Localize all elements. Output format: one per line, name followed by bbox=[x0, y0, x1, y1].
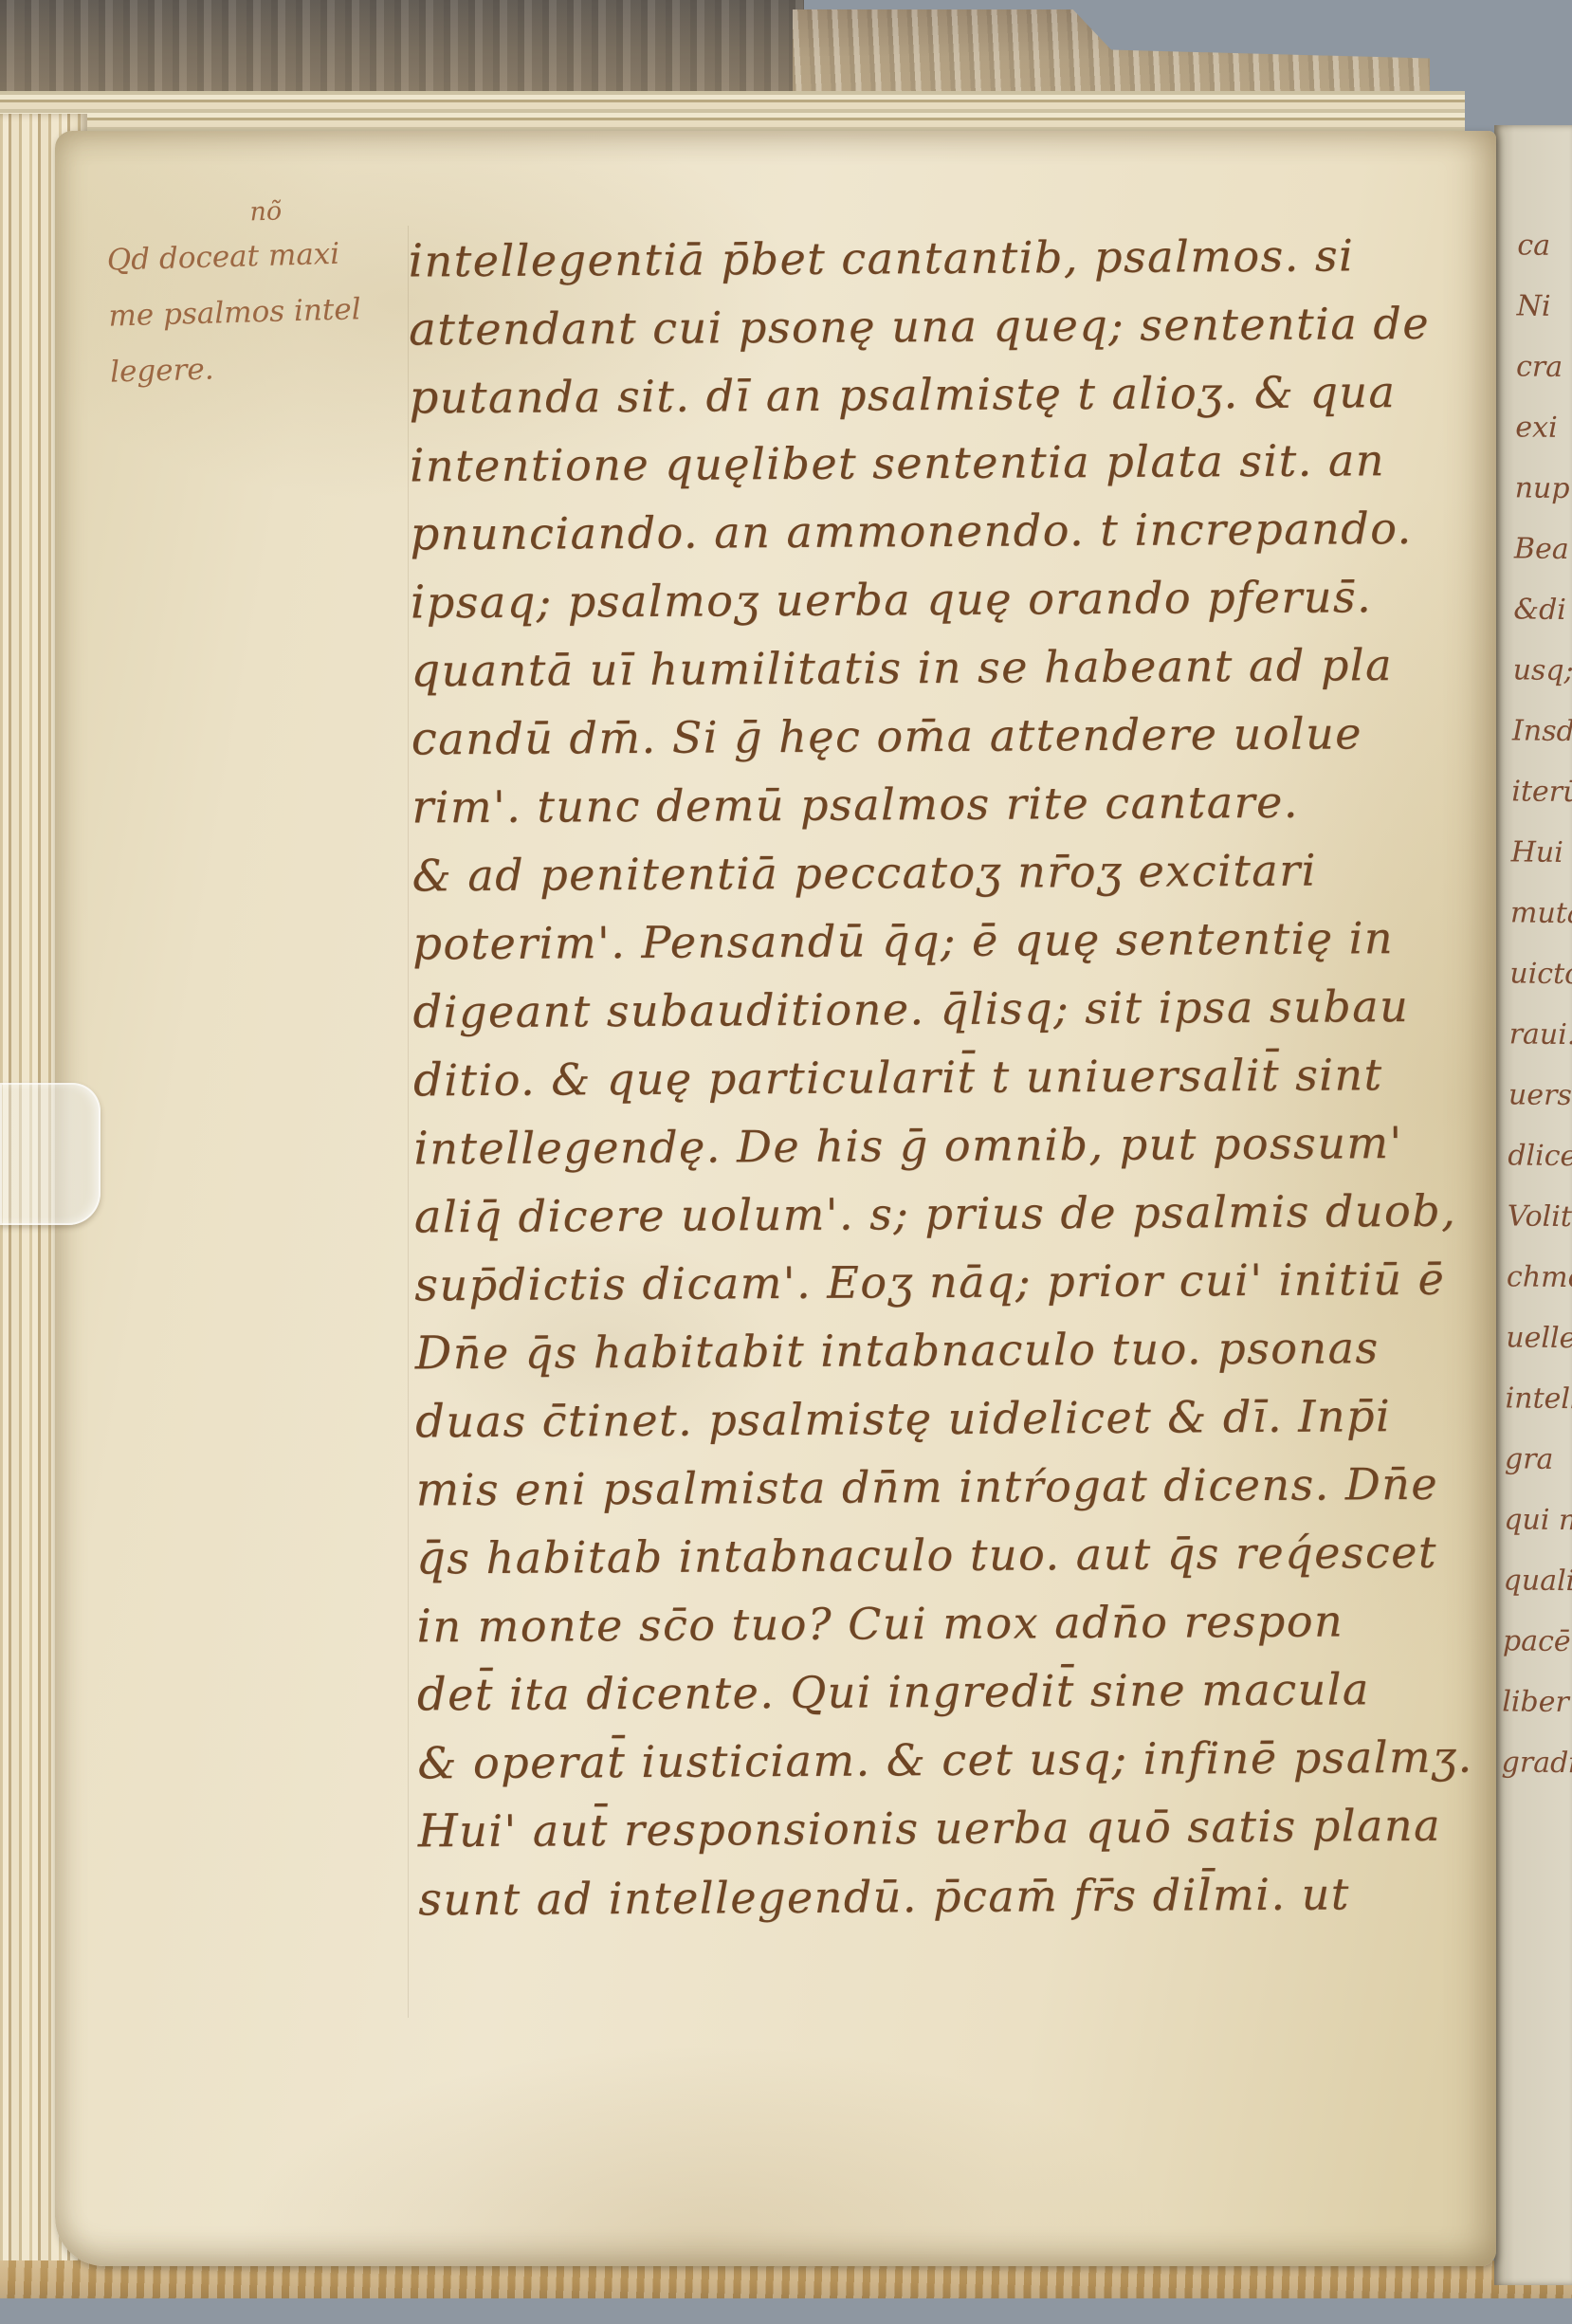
manuscript-text-line: Dn̄e q̄s habitabit intabnaculo tuo. pson… bbox=[415, 1317, 1471, 1392]
next-page-fragment-line: exi bbox=[1515, 397, 1572, 459]
manuscript-text-line: & ad penitentiā peccatoʒ nr̄oʒ excitari bbox=[411, 839, 1468, 914]
margin-gloss-lines: Qd doceat maxime psalmos intellegere. bbox=[106, 224, 424, 400]
manuscript-text-line: det̄ ita dicente. Qui ingredit̄ sine mac… bbox=[417, 1658, 1473, 1733]
next-page-fragment-line: iterū bbox=[1511, 761, 1572, 823]
book-board-edge bbox=[0, 0, 804, 95]
next-page-text-fragments: caNicraexinupBea&diusq;InsditerūHui amut… bbox=[1501, 215, 1572, 1794]
manuscript-text-line: ditio. & quę particularit̄ t uniuersalit… bbox=[413, 1044, 1470, 1119]
manuscript-text-line: in monte sc̄o tuo? Cui mox adn̄o respon bbox=[416, 1590, 1472, 1665]
next-page-fragment-line: uictos bbox=[1509, 943, 1572, 1005]
manuscript-text-line: aliq̄ dicere uolum'. s; prius de psalmis… bbox=[414, 1180, 1471, 1255]
manuscript-text-line: q̄s habitab intabnaculo tuo. aut q̄s req… bbox=[416, 1522, 1472, 1597]
manuscript-text-line: sup̄dictis dicam'. Eoʒ nāq; prior cui' i… bbox=[414, 1249, 1471, 1324]
manuscript-text-line: attendant cui psonę una queq; sententia … bbox=[409, 293, 1465, 368]
gloss-abbreviation-mark: nõ bbox=[249, 192, 419, 227]
manuscript-text-line: candū dm̄. Si ḡ hęc om̄a attendere uolue bbox=[411, 703, 1468, 778]
next-page-fragment-line: usq; bbox=[1512, 640, 1572, 702]
margin-gloss-line: Qd doceat maxi bbox=[106, 224, 421, 288]
book-tail-edge bbox=[0, 2260, 1572, 2298]
next-page-fragment-line: Volite bbox=[1507, 1186, 1572, 1248]
next-page-sliver: caNicraexinupBea&diusq;InsditerūHui amut… bbox=[1494, 125, 1572, 2285]
next-page-fragment-line: nup bbox=[1514, 458, 1572, 520]
margin-gloss-line: legere. bbox=[109, 336, 424, 400]
next-page-fragment-line: uersi bbox=[1508, 1065, 1572, 1126]
next-page-fragment-line: gradien bbox=[1501, 1732, 1572, 1794]
manuscript-text-line: duas c̄tinet. psalmistę uidelicet & dī. … bbox=[415, 1385, 1471, 1460]
manuscript-text-line: ipsaq; psalmoʒ uerba quę orando pferus̄. bbox=[411, 566, 1467, 641]
manuscript-text-line: pnunciando. an ammonendo. t increpando. bbox=[410, 498, 1466, 573]
next-page-fragment-line: Hui a bbox=[1510, 822, 1572, 884]
next-page-fragment-line: ca bbox=[1517, 215, 1572, 277]
next-page-fragment-line: Insd bbox=[1512, 701, 1572, 762]
next-page-fragment-line: gra bbox=[1505, 1429, 1572, 1491]
manuscript-text-line: digeant subauditione. q̄lisq; sit ipsa s… bbox=[412, 976, 1469, 1051]
next-page-fragment-line: pacē f bbox=[1503, 1611, 1572, 1673]
margin-gloss: nõ Qd doceat maxime psalmos intellegere. bbox=[105, 192, 424, 400]
next-page-fragment-line: qualit̄ bbox=[1503, 1550, 1572, 1612]
manuscript-text-line: intellegendę. De his ḡ omnib, put possum… bbox=[413, 1112, 1470, 1187]
next-page-fragment-line: &di bbox=[1513, 579, 1572, 641]
next-page-fragment-line: chmo bbox=[1507, 1247, 1572, 1308]
next-page-fragment-line: cra bbox=[1516, 337, 1572, 398]
next-page-fragment-line: raui. bbox=[1508, 1004, 1572, 1066]
main-text-block: intellegentiā p̄bet cantantib, psalmos. … bbox=[409, 225, 1474, 1938]
manuscript-text-line: rim'. tunc demū psalmos rite cantare. bbox=[411, 771, 1468, 846]
next-page-fragment-line: dlicet bbox=[1508, 1125, 1572, 1187]
next-page-fragment-line: qui n bbox=[1504, 1490, 1572, 1551]
next-page-fragment-line: muta bbox=[1510, 883, 1572, 944]
manuscript-text-line: intellegentiā p̄bet cantantib, psalmos. … bbox=[409, 225, 1465, 300]
manuscript-text-line: intentione quęlibet sententia plata sit.… bbox=[410, 430, 1466, 504]
manuscript-text-line: mis eni psalmista dn̄m intŕogat dicens. … bbox=[415, 1454, 1471, 1528]
manuscript-text-line: poterim'. Pensandū q̄q; ē quę sententię … bbox=[412, 907, 1469, 982]
manuscript-text-line: sunt ad intellegendū. p̄cam̄ fr̄s dil̄mi… bbox=[418, 1863, 1474, 1938]
manuscript-text-line: Hui' aut̄ responsionis uerba quō satis p… bbox=[418, 1795, 1474, 1870]
manuscript-text-line: putanda sit. dī an psalmistę t alioʒ. & … bbox=[409, 361, 1465, 436]
index-tab[interactable] bbox=[0, 1083, 101, 1225]
next-page-fragment-line: liber & bbox=[1502, 1672, 1572, 1733]
next-page-fragment-line: uelle bbox=[1506, 1308, 1572, 1369]
next-page-fragment-line: Ni bbox=[1516, 276, 1572, 338]
manuscript-page: nõ Qd doceat maxime psalmos intellegere.… bbox=[55, 131, 1496, 2266]
margin-ruling-line bbox=[408, 226, 409, 2018]
manuscript-photo: caNicraexinupBea&diusq;InsditerūHui amut… bbox=[0, 0, 1572, 2324]
next-page-fragment-line: Bea bbox=[1514, 519, 1572, 580]
manuscript-text-line: & operat̄ iusticiam. & cet usq; infinē p… bbox=[417, 1727, 1473, 1802]
manuscript-text-line: quantā uī humilitatis in se habeant ad p… bbox=[411, 634, 1467, 709]
next-page-fragment-line: intelle bbox=[1505, 1368, 1572, 1430]
margin-gloss-line: me psalmos intel bbox=[108, 280, 423, 344]
